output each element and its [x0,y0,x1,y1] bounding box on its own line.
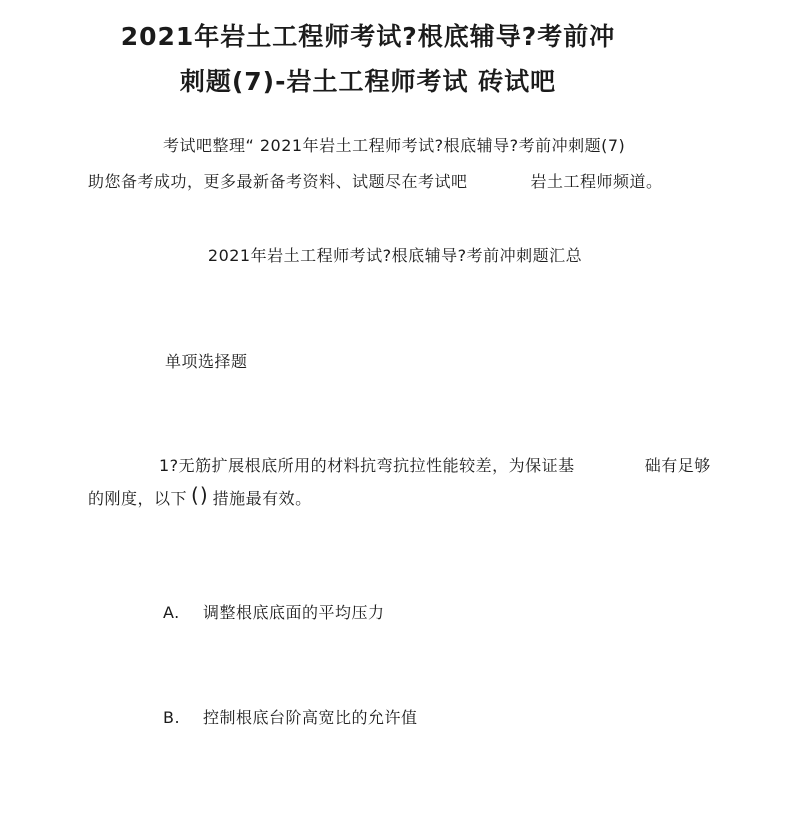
option-a-text: 调整根底底面的平均压力 [203,603,385,622]
section-heading: 单项选择题 [165,351,248,373]
option-a-row: A.调整根底底面的平均压力 [163,602,385,624]
question-line-2-pre: 的刚度，以下 [88,489,187,508]
question-blank-parentheses: () [191,484,209,506]
page-title-line-1: 2021年岩土工程师考试?根底辅导?考前冲 [38,17,698,53]
intro-line-2-left: 助您备考成功，更多最新备考资料、试题尽在考试吧 [88,172,468,191]
page-title-line-2: 刺题(7)-岩土工程师考试 砖试吧 [38,62,698,98]
question-line-1-left: 1?无筋扩展根底所用的材料抗弯抗拉性能较差，为保证基 [159,456,575,475]
question-line-2-post: 措施最有效。 [213,489,312,508]
intro-line-2-right: 岩土工程师频道。 [531,172,663,191]
question-line-2: 的刚度，以下()措施最有效。 [88,486,312,510]
option-b-text: 控制根底台阶高宽比的允许值 [203,708,418,727]
intro-line-2: 助您备考成功，更多最新备考资料、试题尽在考试吧岩土工程师频道。 [88,171,663,193]
summary-line: 2021年岩土工程师考试?根底辅导?考前冲刺题汇总 [0,243,790,266]
document-page: 2021年岩土工程师考试?根底辅导?考前冲 刺题(7)-岩土工程师考试 砖试吧 … [0,0,800,822]
option-b-row: B.控制根底台阶高宽比的允许值 [163,707,418,729]
option-b-label: B. [163,707,203,729]
option-a-label: A. [163,602,203,624]
question-line-1-right: 础有足够 [645,456,711,475]
question-line-1: 1?无筋扩展根底所用的材料抗弯抗拉性能较差，为保证基础有足够 [159,455,711,477]
intro-line-1: 考试吧整理“ 2021年岩土工程师考试?根底辅导?考前冲刺题(7) [163,135,625,157]
